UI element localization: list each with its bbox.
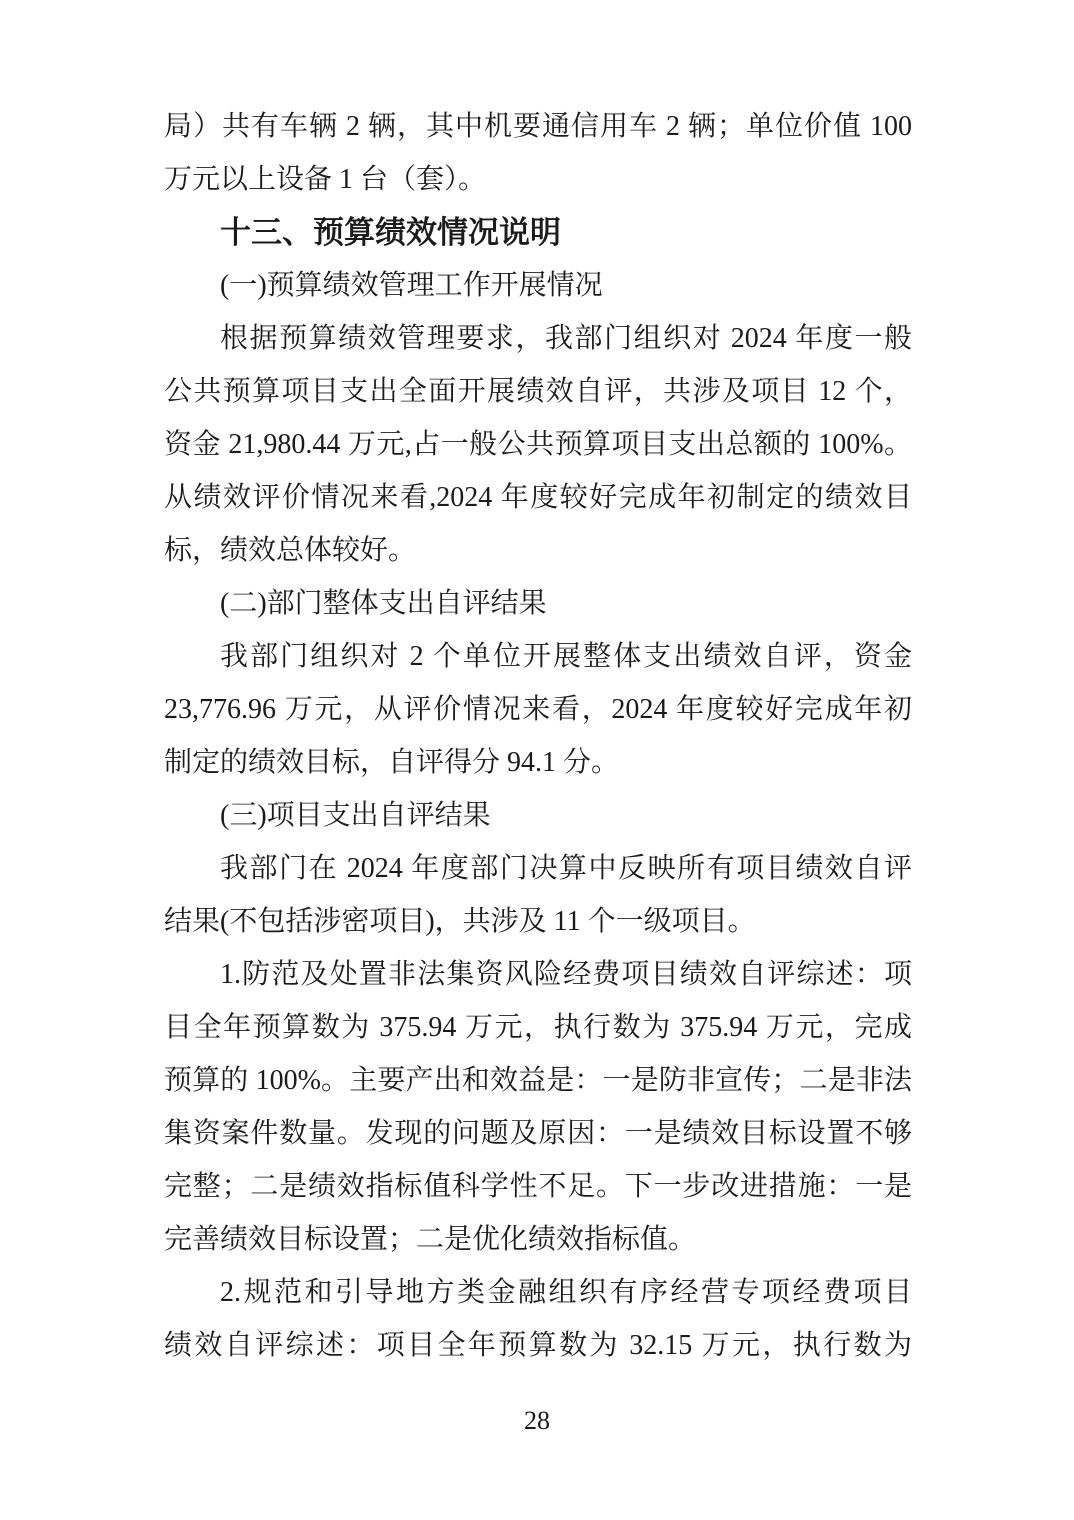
text-line: 结果(不包括涉密项目)，共涉及 11 个一级项目。 bbox=[164, 895, 912, 948]
text-line: 公共预算项目支出全面开展绩效自评，共涉及项目 12 个， bbox=[164, 365, 912, 418]
text-line: 局）共有车辆 2 辆，其中机要通信用车 2 辆；单位价值 100 bbox=[164, 100, 912, 153]
section-heading: 十三、预算绩效情况说明 bbox=[164, 206, 912, 259]
subsection-heading: (一)预算绩效管理工作开展情况 bbox=[164, 259, 912, 312]
text-line: 根据预算绩效管理要求，我部门组织对 2024 年度一般 bbox=[164, 312, 912, 365]
text-line: 我部门组织对 2 个单位开展整体支出绩效自评，资金 bbox=[164, 630, 912, 683]
text-line: 我部门在 2024 年度部门决算中反映所有项目绩效自评 bbox=[164, 842, 912, 895]
page-number: 28 bbox=[0, 1405, 1074, 1437]
text-line: 制定的绩效目标，自评得分 94.1 分。 bbox=[164, 736, 912, 789]
document-page: 局）共有车辆 2 辆，其中机要通信用车 2 辆；单位价值 100 万元以上设备 … bbox=[0, 0, 1074, 1520]
text-line: 从绩效评价情况来看,2024 年度较好完成年初制定的绩效目 bbox=[164, 471, 912, 524]
text-line: 完善绩效目标设置；二是优化绩效指标值。 bbox=[164, 1213, 912, 1266]
text-line: 2.规范和引导地方类金融组织有序经营专项经费项目 bbox=[164, 1266, 912, 1319]
subsection-heading: (二)部门整体支出自评结果 bbox=[164, 577, 912, 630]
subsection-heading: (三)项目支出自评结果 bbox=[164, 789, 912, 842]
text-line: 23,776.96 万元，从评价情况来看，2024 年度较好完成年初 bbox=[164, 683, 912, 736]
document-body: 局）共有车辆 2 辆，其中机要通信用车 2 辆；单位价值 100 万元以上设备 … bbox=[164, 100, 912, 1372]
text-line: 目全年预算数为 375.94 万元，执行数为 375.94 万元，完成 bbox=[164, 1001, 912, 1054]
text-line: 预算的 100%。主要产出和效益是：一是防非宣传；二是非法 bbox=[164, 1054, 912, 1107]
text-line: 资金 21,980.44 万元,占一般公共预算项目支出总额的 100%。 bbox=[164, 418, 912, 471]
text-line: 绩效自评综述：项目全年预算数为 32.15 万元，执行数为 bbox=[164, 1319, 912, 1372]
text-line: 标，绩效总体较好。 bbox=[164, 524, 912, 577]
text-line: 完整；二是绩效指标值科学性不足。下一步改进措施：一是 bbox=[164, 1160, 912, 1213]
text-line: 集资案件数量。发现的问题及原因：一是绩效目标设置不够 bbox=[164, 1107, 912, 1160]
text-line: 1.防范及处置非法集资风险经费项目绩效自评综述：项 bbox=[164, 948, 912, 1001]
text-line: 万元以上设备 1 台（套）。 bbox=[164, 153, 912, 206]
